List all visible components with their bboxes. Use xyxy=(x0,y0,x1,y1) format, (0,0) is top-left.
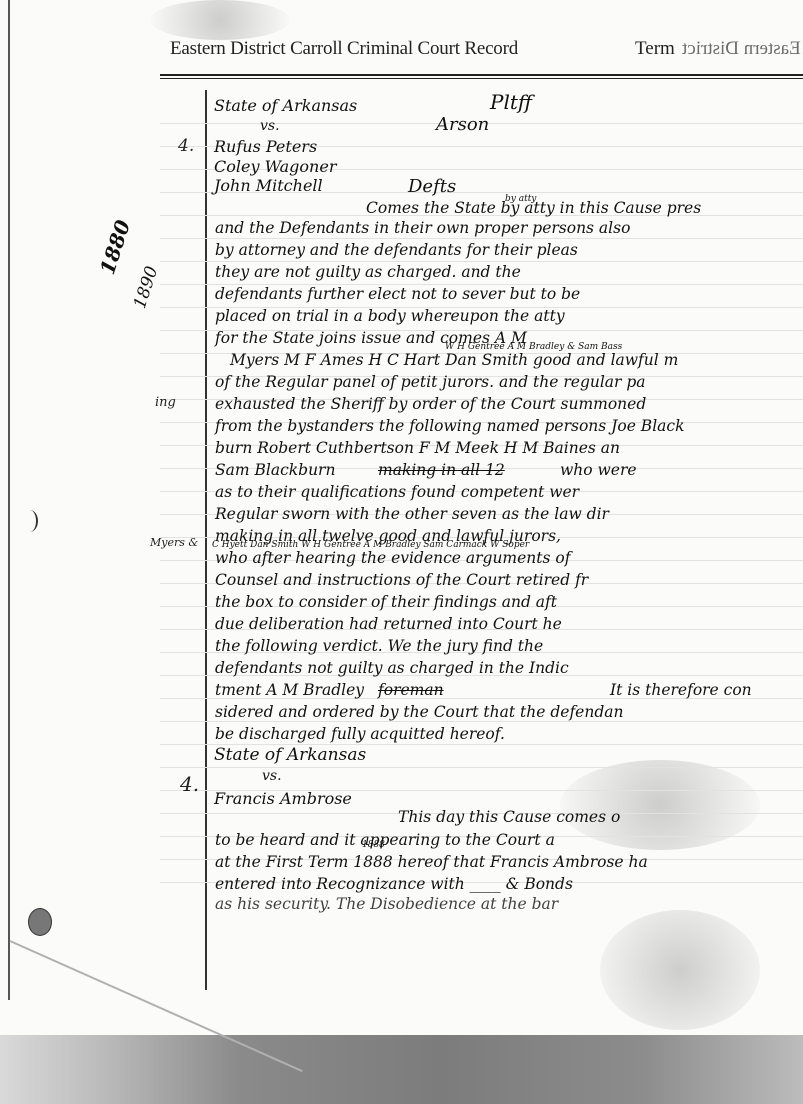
ink-smudge xyxy=(150,0,290,40)
record-line: entered into Recognizance with ____ & Bo… xyxy=(215,875,573,893)
scanner-shadow xyxy=(0,1035,803,1104)
record-line: who were xyxy=(560,461,637,479)
record-line: tment A M Bradley xyxy=(215,681,364,699)
margin-line xyxy=(205,90,207,990)
term-label: Term xyxy=(635,38,675,60)
record-line: defendants further elect not to sever bu… xyxy=(215,285,580,303)
court-record-page: Eastern District Carroll Criminal Court … xyxy=(0,0,803,1035)
defendant-name: Francis Ambrose xyxy=(214,789,352,808)
versus: vs. xyxy=(260,118,280,134)
plaintiff-name: State of Arkansas xyxy=(214,745,366,765)
struck-text: foreman xyxy=(378,681,444,699)
record-line: Sam Blackburn xyxy=(215,461,335,479)
plaintiff-role: Pltff xyxy=(490,90,532,114)
struck-text: making in all 12 xyxy=(378,461,505,479)
versus: vs. xyxy=(262,768,282,784)
record-line: Comes the State by atty in this Cause pr… xyxy=(366,199,701,217)
record-line: the box to consider of their findings an… xyxy=(215,593,557,611)
defendant-name: Rufus Peters xyxy=(214,137,317,156)
margin-note: Myers & xyxy=(150,536,198,549)
record-line: by attorney and the defendants for their… xyxy=(215,241,578,259)
header-rule xyxy=(160,78,803,79)
bleed-through-text: Eastern District xyxy=(682,38,801,60)
record-line: due deliberation had returned into Court… xyxy=(215,615,562,633)
ledger-title: Eastern District Carroll Criminal Court … xyxy=(170,38,518,60)
record-line: who after hearing the evidence arguments… xyxy=(215,549,570,567)
plaintiff-name: State of Arkansas xyxy=(214,96,357,115)
charge: Arson xyxy=(436,114,489,135)
record-line: of the Regular panel of petit jurors. an… xyxy=(215,373,646,391)
record-line: exhausted the Sheriff by order of the Co… xyxy=(215,395,646,413)
ink-smudge xyxy=(600,910,760,1030)
record-line: the following verdict. We the jury find … xyxy=(215,637,543,655)
year-note: 1890 xyxy=(130,264,162,311)
ledger-header: Eastern District Carroll Criminal Court … xyxy=(170,38,803,68)
record-line: sidered and ordered by the Court that th… xyxy=(215,703,624,721)
year-insertion: 1888 xyxy=(362,840,385,850)
record-line: burn Robert Cuthbertson F M Meek H M Bai… xyxy=(215,439,620,457)
record-line: Counsel and instructions of the Court re… xyxy=(215,571,588,589)
record-line: Myers M F Ames H C Hart Dan Smith good a… xyxy=(230,351,678,369)
record-line: and the Defendants in their own proper p… xyxy=(215,219,630,237)
header-rule xyxy=(160,74,803,76)
binder-hole xyxy=(28,908,52,936)
record-line: defendants not guilty as charged in the … xyxy=(215,659,569,677)
defendants-role: Defts xyxy=(408,176,456,197)
case-number: 4. xyxy=(180,772,199,796)
record-line: Regular sworn with the other seven as th… xyxy=(215,505,609,523)
defendant-name: John Mitchell xyxy=(214,176,323,195)
record-line: as his security. The Disobedience at the… xyxy=(215,895,558,913)
record-line: This day this Cause comes o xyxy=(398,808,620,826)
record-line: as to their qualifications found compete… xyxy=(215,483,579,501)
page-edge xyxy=(8,0,10,1000)
margin-note: ing xyxy=(155,395,176,410)
record-line: It is therefore con xyxy=(610,681,752,699)
circled-year-note: 1880 xyxy=(95,217,135,277)
case-number: 4. xyxy=(178,136,194,156)
defendant-name: Coley Wagoner xyxy=(214,157,336,176)
record-line: be discharged fully acquitted hereof. xyxy=(215,725,505,743)
record-line: at the First Term 1888 hereof that Franc… xyxy=(215,853,648,871)
record-line: from the bystanders the following named … xyxy=(215,417,684,435)
binder-hole-mark xyxy=(22,510,38,532)
record-line: placed on trial in a body whereupon the … xyxy=(215,307,565,325)
record-line: they are not guilty as charged. and the xyxy=(215,263,521,281)
